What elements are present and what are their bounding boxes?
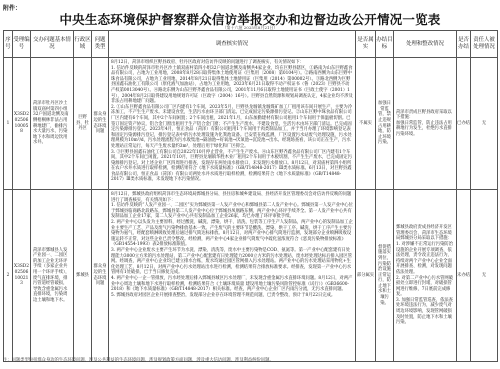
investigation-paragraph: 5. 鄄城县政府对园区企业开展排查整治，发现部分企业存在环境管理不规范问题，已责… — [111, 293, 353, 299]
cell-closed: 未办结 — [457, 190, 471, 362]
cell-type: 群众身边的生态环境问题 — [92, 58, 109, 190]
header-investigation: 调查核实情况 — [109, 31, 356, 58]
investigation-paragraph: 1. 信访件反映的菏泽市牡丹区沙土镇双庙村第四小组32户国道北侧及南侧共4家企业… — [111, 66, 353, 105]
header-no: 序号 — [4, 31, 13, 58]
handling-paragraph: 鄄城县政府责成县经济开发区管理委员会、菏泽市生态环境局鄄城县分局采取以下措施： — [396, 225, 454, 242]
cell-investigation: 8月12日，菏泽市组织巨野县政府、牡丹区政府对信访件反映的问题进行了调查核实，有… — [109, 58, 356, 190]
handling-paragraph: 3. 加强日常监管巡查，依法查处环境违法行为，减少废气对周边环境影响，发现管网破… — [396, 298, 454, 326]
cell-district: 鄄城县 — [74, 190, 92, 362]
cell-verified: 部分属实 — [356, 190, 376, 362]
header-goal: 办结目标 — [376, 31, 394, 58]
header-accountability: 责任人被处理情况 — [471, 31, 498, 58]
cell-handling: 菏泽市责成巨野县政府采取以下措施： 加强日常监管，防止违法占用耕地行为发生，杜绝… — [394, 58, 457, 190]
table-row: 1 X3SD202506100058 菏泽市牡丹区沙土镇双庙村第四小组32户国道… — [4, 58, 498, 190]
header-handling: 处理和整改情况 — [394, 31, 457, 58]
cell-accountability: 无 — [471, 58, 498, 190]
cell-issue: 菏泽市鄄城县人发产业园一、二园区的加工企业无环评手续（多家企业共用一个环评手续）… — [31, 190, 74, 362]
investigation-paragraph: 3. ③巨野县国鑫石油化工有限公司自2022年10月停止营业，不产生生产废水。④… — [111, 150, 353, 184]
table-header-row: 序号 受理编号 交办问题基本情况 行政区域 问题类型 调查核实情况 是否属实 办… — [4, 31, 498, 58]
table-row: 2 X3SD202506100213 菏泽市鄄城县人发产业园一、二园区的加工企业… — [4, 190, 498, 362]
investigation-paragraph: 8月12日，鄄城县政府组织菏泽市生态环境局鄄城县分局、县住房和城乡建设局、县经济… — [111, 192, 353, 203]
header-verified: 是否属实 — [356, 31, 376, 58]
handling-paragraph: 加强日常监管，防止违法占用耕地行为发生，杜绝污水直排污染环境。 — [396, 121, 454, 138]
header-case-id: 受理编号 — [13, 31, 31, 58]
cell-issue: 菏泽市牡丹区沙土镇双庙村第四小组32户国道北侧及南侧梧桐林非法占用耕地建厂，偷排… — [31, 58, 74, 190]
handling-paragraph: 1. 对涉嫌不正常运行污染防治设施的企业开展专项调查，依法处理，责令改正违法行为… — [396, 242, 454, 276]
header-closed: 是否办结 — [457, 31, 471, 58]
investigation-paragraph: 1. 信访件反映的“人发产业园一、二园区”实为鄄城县第一人发产业中心和鄄城县第二… — [111, 203, 353, 220]
investigation-paragraph: 3. 两产业中心企业废水主要产生环节为水洗、漂染、清洗等，废水中主要污染物是CO… — [111, 248, 353, 276]
cell-closed: 已办结 — [457, 58, 471, 190]
header-issue: 交办问题基本情况 — [31, 31, 74, 58]
complaint-table: 序号 受理编号 交办问题基本情况 行政区域 问题类型 调查核实情况 是否属实 办… — [3, 30, 498, 362]
cell-verified: 不属实 — [356, 58, 376, 190]
cell-goal: 加强日常监管，禁止违规占用耕地，防止环境污染。 — [376, 58, 394, 190]
header-type: 问题类型 — [92, 31, 109, 58]
cell-investigation: 8月12日，鄄城县政府组织菏泽市生态环境局鄄城县分局、县住房和城乡建设局、县经济… — [109, 190, 356, 362]
cell-no: 2 — [4, 190, 13, 362]
handling-paragraph: 菏泽市责成巨野县政府采取以下措施： — [396, 110, 454, 121]
cell-case-id: X3SD202506100058 — [13, 58, 31, 190]
investigation-paragraph: 2. ①山东巨野鑫食品有限公司厂区内建有1个车间，2023年5月，巨野县龙堌镇龙… — [111, 105, 353, 150]
handling-paragraph: 2. 对第二产业中心污水管网破损处立即进行封堵，对破损管网进行维修，7日底前完成… — [396, 276, 454, 298]
investigation-paragraph: 4. 两产业中心一企一管排放，污水经处理后排入鄄城县城区污水处理厂，未发现含重金… — [111, 276, 353, 293]
cell-handling: 鄄城县政府责成县经济开发区管理委员会、菏泽市生态环境局鄄城县分局采取以下措施： … — [394, 190, 457, 362]
cell-no: 1 — [4, 58, 13, 190]
cell-goal: 督促措施落实到位，污染防治设施正常运行，防止地下水和土壤污染。 — [376, 190, 394, 362]
footnote: 注：问题类型包括群众身边的生态环境问题、涉及公共利益的生态环境问题、涉及规划政策… — [3, 357, 274, 363]
cell-type: 群众身边的生态环境问题 — [92, 190, 109, 362]
cell-accountability: 无 — [471, 190, 498, 362]
header-district: 行政区域 — [74, 31, 92, 58]
investigation-paragraph: 2. 两产业中心以头发为主要原料，经过酸洗、碱洗、漂染、烘干、清洗、包装等工序生… — [111, 220, 353, 248]
cell-case-id: X3SD202506100213 — [13, 190, 31, 362]
cell-district: 巨野县、牡丹区 — [74, 58, 92, 190]
